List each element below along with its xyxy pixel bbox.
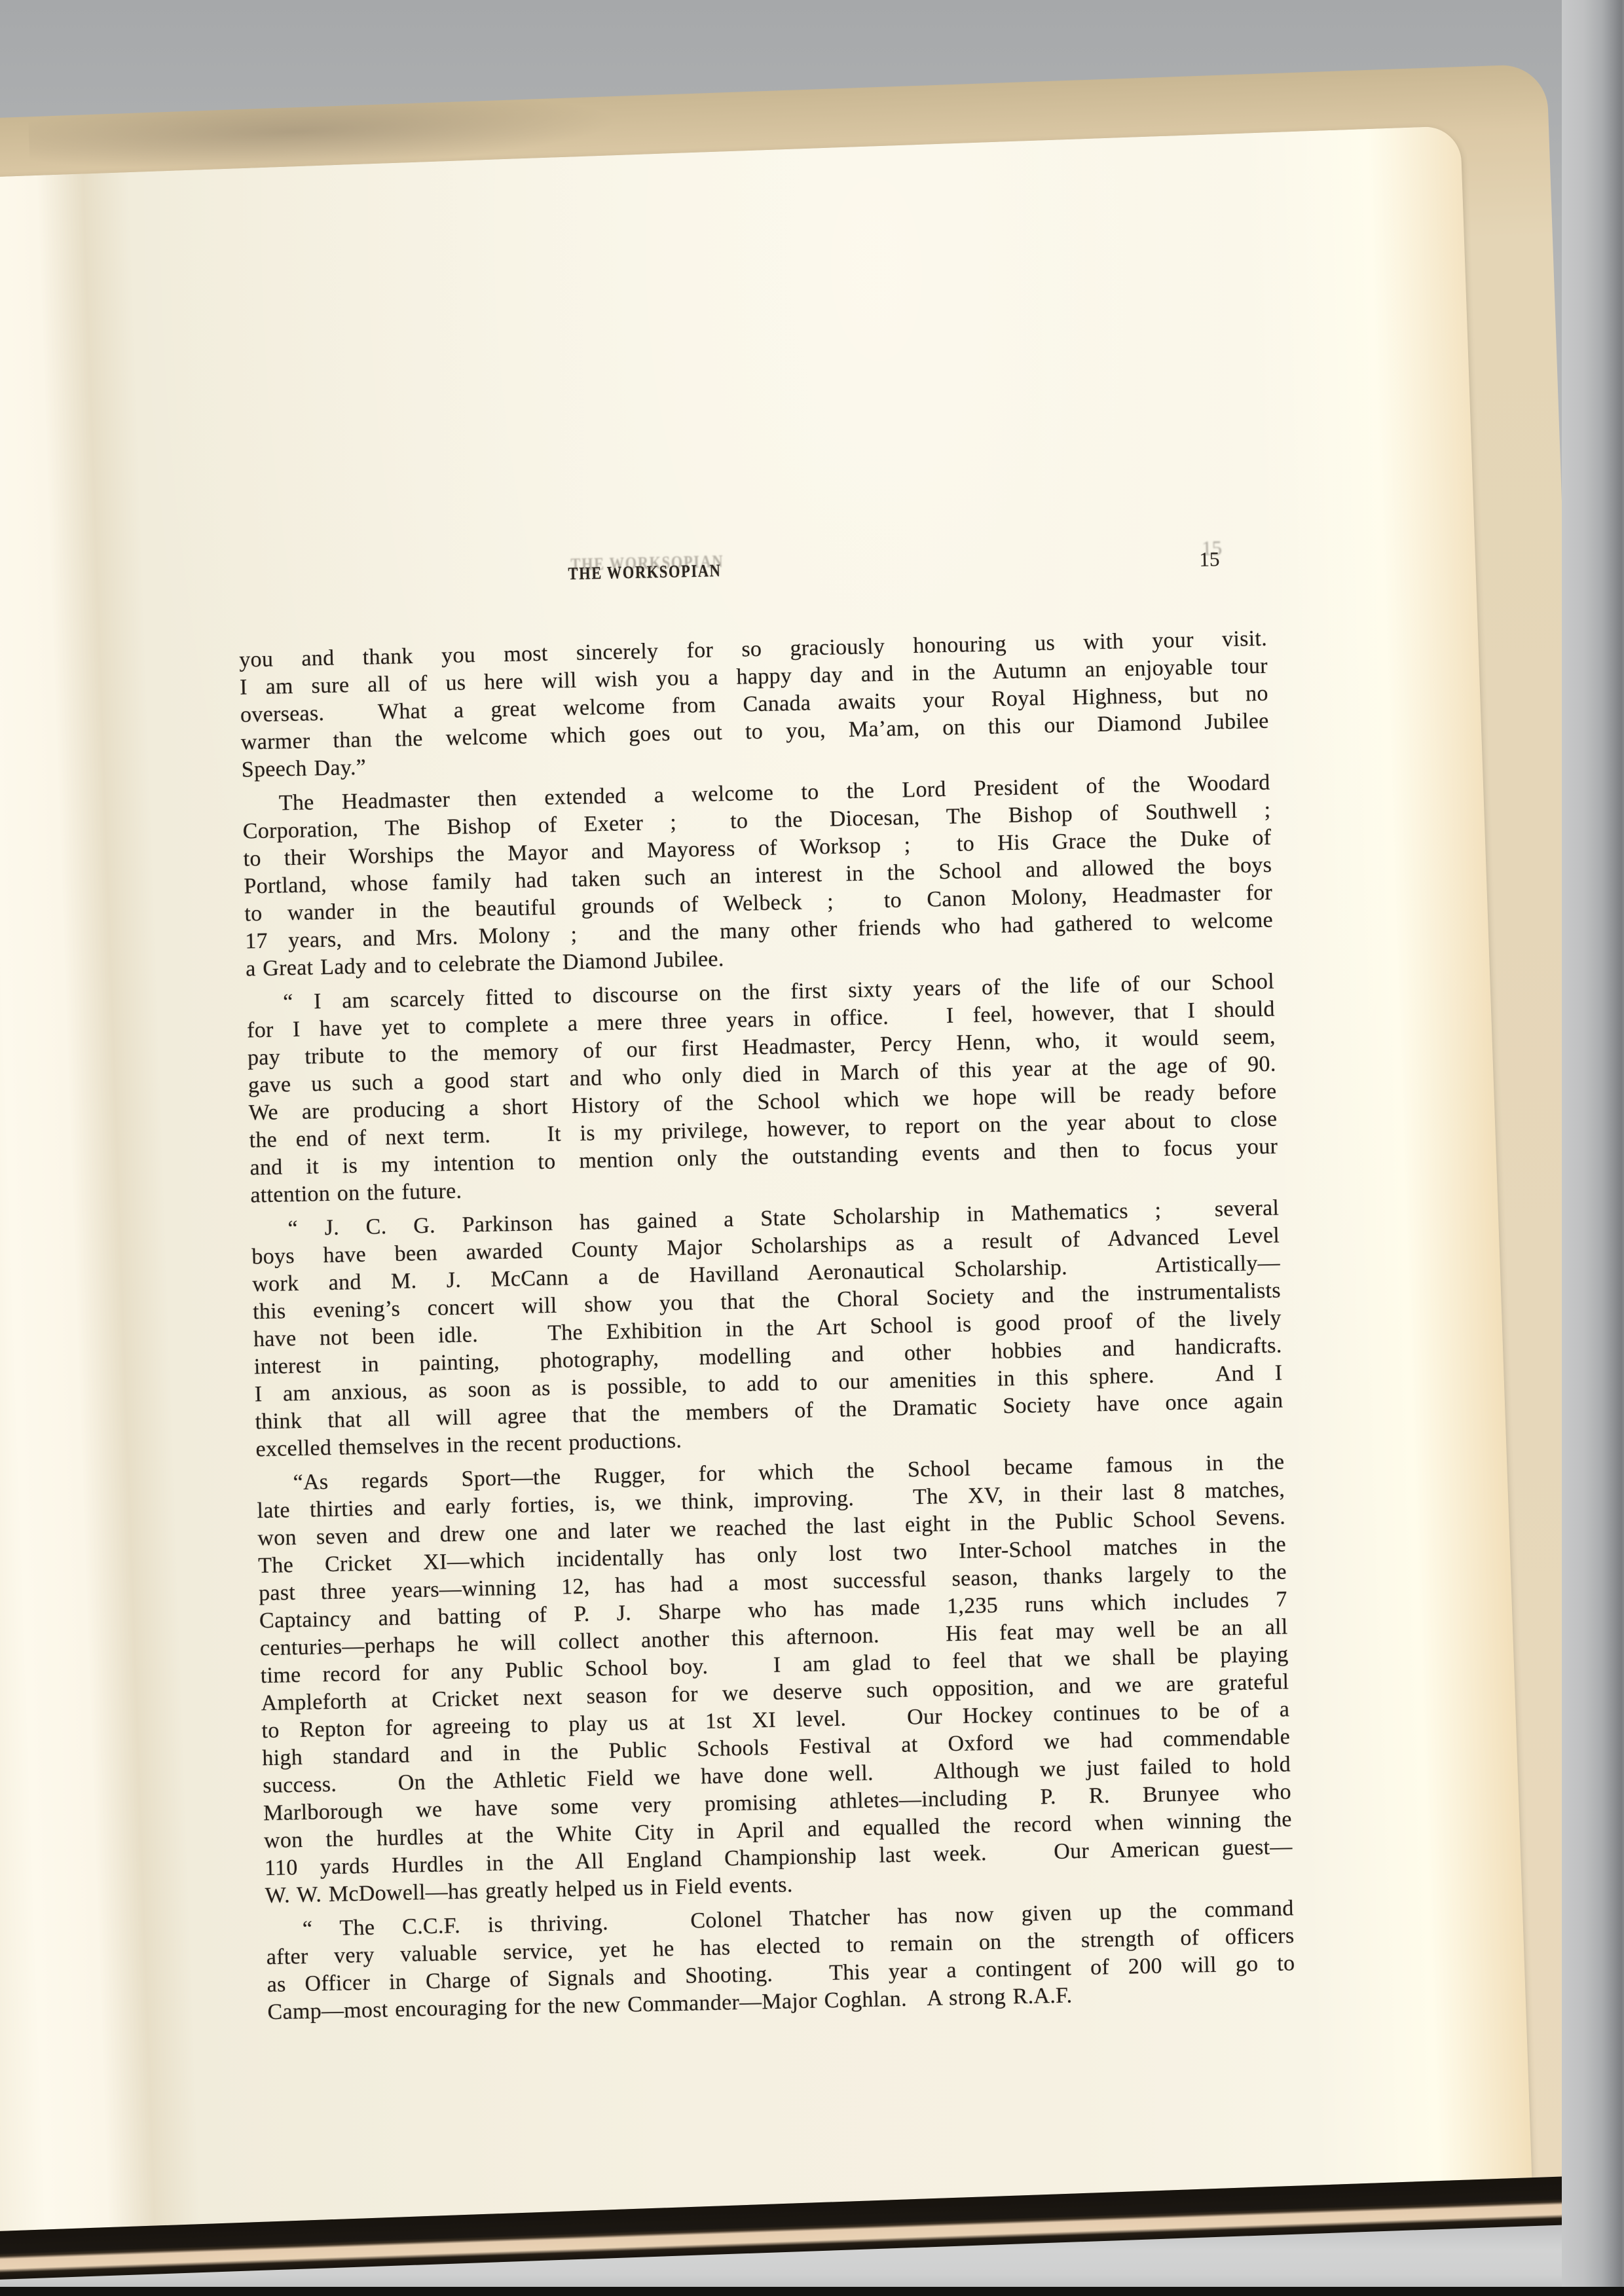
body-text: you and thank you most sincerely for so … xyxy=(239,625,1296,2026)
paragraph: “As regards Sport—the Rugger, for which … xyxy=(256,1442,1293,1910)
paragraph: The Headmaster then extended a welcome t… xyxy=(242,763,1274,983)
scanner-right-band xyxy=(1562,0,1624,2296)
scanned-book-page: THE WORKSOPIAN 15 you and thank you most… xyxy=(0,0,1624,2296)
paragraph: “ J. C. G. Parkinson has gained a State … xyxy=(251,1188,1284,1464)
page-content: THE WORKSOPIAN 15 you and thank you most… xyxy=(237,547,1295,2026)
book-page: THE WORKSOPIAN 15 you and thank you most… xyxy=(0,126,1532,2232)
journal-title: THE WORKSOPIAN xyxy=(568,560,722,584)
scanner-bottom-edge xyxy=(0,2287,1624,2296)
running-head: THE WORKSOPIAN 15 xyxy=(237,547,1266,597)
paragraph: you and thank you most sincerely for so … xyxy=(239,625,1270,784)
book: THE WORKSOPIAN 15 you and thank you most… xyxy=(0,64,1622,2280)
paragraph: “ I am scarcely fitted to discourse on t… xyxy=(246,962,1279,1210)
paragraph: “ The C.C.F. is thriving. Colonel Thatch… xyxy=(265,1888,1295,2026)
page-number: 15 xyxy=(1199,547,1220,572)
